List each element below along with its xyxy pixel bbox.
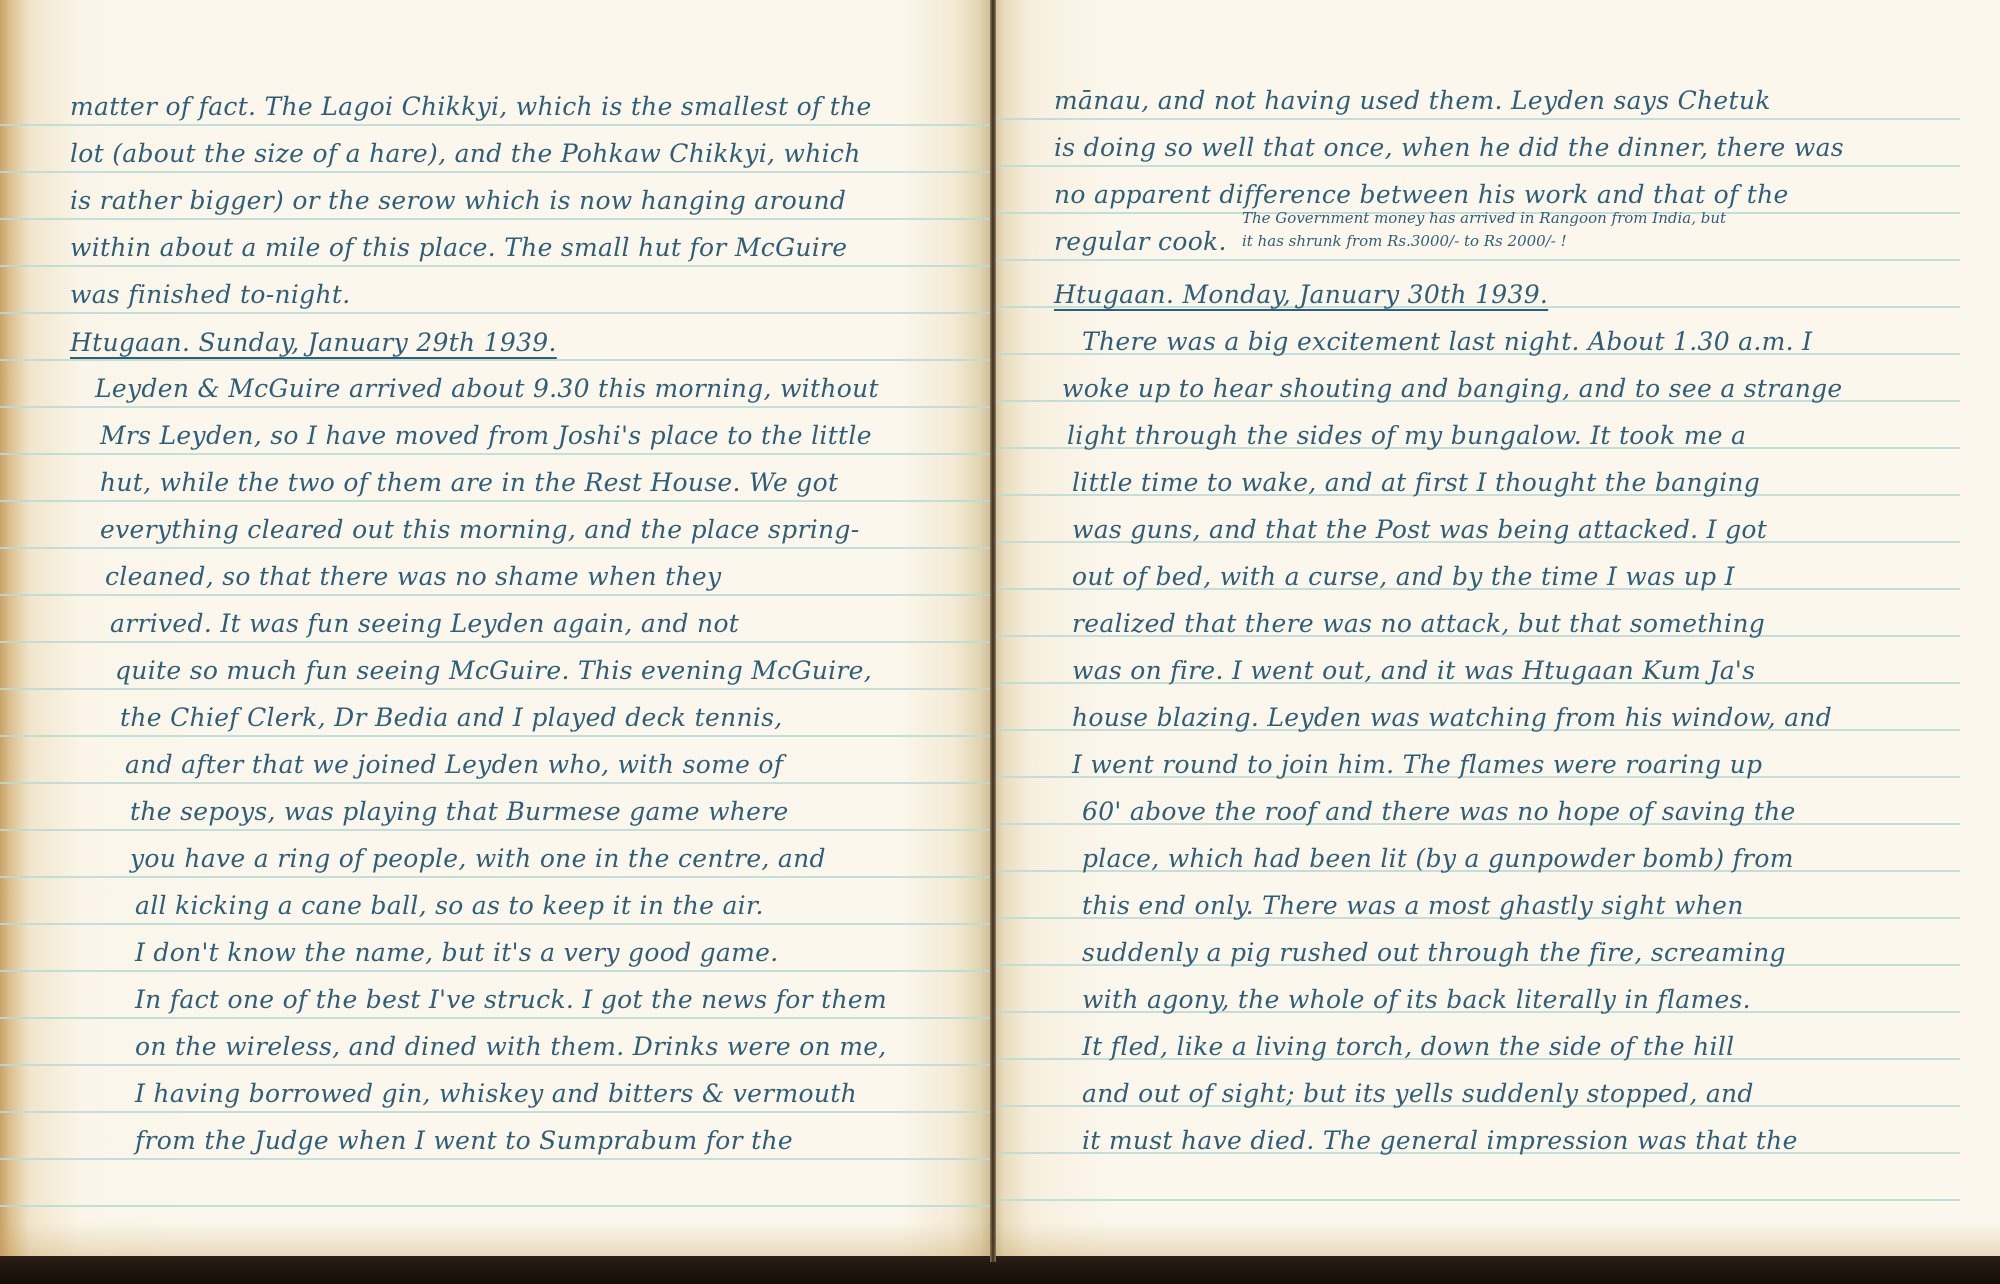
text-line: was on fire. I went out, and it was Htug… xyxy=(1072,656,1755,685)
text-line: the sepoys, was playing that Burmese gam… xyxy=(130,797,789,826)
text-line: within about a mile of this place. The s… xyxy=(70,233,847,262)
text-line: mānau, and not having used them. Leyden … xyxy=(1054,86,1771,115)
text-line: arrived. It was fun seeing Leyden again,… xyxy=(110,609,739,638)
text-line: quite so much fun seeing McGuire. This e… xyxy=(115,656,872,685)
text-line: is doing so well that once, when he did … xyxy=(1054,133,1844,162)
text-line: is rather bigger) or the serow which is … xyxy=(70,186,846,215)
right-page: mānau, and not having used them. Leyden … xyxy=(992,0,2000,1262)
entry-heading: Htugaan. Sunday, January 29th 1939. xyxy=(70,328,557,357)
table-surface xyxy=(0,1256,2000,1284)
text-line: realized that there was no attack, but t… xyxy=(1072,609,1765,638)
text-line: Leyden & McGuire arrived about 9.30 this… xyxy=(95,374,879,403)
text-line: hut, while the two of them are in the Re… xyxy=(100,468,838,497)
text-line: and out of sight; but its yells suddenly… xyxy=(1082,1079,1754,1108)
text-line: It fled, like a living torch, down the s… xyxy=(1082,1032,1734,1061)
text-line: was finished to-night. xyxy=(70,280,350,309)
text-line: with agony, the whole of its back litera… xyxy=(1082,985,1751,1014)
open-notebook: matter of fact. The Lagoi Chikkyi, which… xyxy=(0,0,2000,1262)
text-line: suddenly a pig rushed out through the fi… xyxy=(1082,938,1786,967)
text-line: woke up to hear shouting and banging, an… xyxy=(1062,374,1843,403)
text-line: regular cook. xyxy=(1054,227,1227,256)
text-line: everything cleared out this morning, and… xyxy=(100,515,859,544)
text-line: from the Judge when I went to Sumprabum … xyxy=(135,1126,793,1155)
text-line: on the wireless, and dined with them. Dr… xyxy=(135,1032,887,1061)
text-line: you have a ring of people, with one in t… xyxy=(130,844,826,873)
text-line: place, which had been lit (by a gunpowde… xyxy=(1082,844,1794,873)
text-line: There was a big excitement last night. A… xyxy=(1082,327,1812,356)
text-line: no apparent difference between his work … xyxy=(1054,180,1789,209)
text-line: 60' above the roof and there was no hope… xyxy=(1082,797,1796,826)
text-line: the Chief Clerk, Dr Bedia and I played d… xyxy=(120,703,783,732)
text-line: Mrs Leyden, so I have moved from Joshi's… xyxy=(100,421,872,450)
entry-heading: Htugaan. Monday, January 30th 1939. xyxy=(1054,280,1548,309)
text-line: house blazing. Leyden was watching from … xyxy=(1072,703,1832,732)
text-line: out of bed, with a curse, and by the tim… xyxy=(1072,562,1735,591)
text-line: this end only. There was a most ghastly … xyxy=(1082,891,1744,920)
text-line: was guns, and that the Post was being at… xyxy=(1072,515,1767,544)
margin-insertion-note: it has shrunk from Rs.3000/- to Rs 2000/… xyxy=(1242,232,1567,250)
left-page: matter of fact. The Lagoi Chikkyi, which… xyxy=(0,0,992,1262)
text-line: little time to wake, and at first I thou… xyxy=(1072,468,1760,497)
text-line: all kicking a cane ball, so as to keep i… xyxy=(135,891,764,920)
book-spine-gutter xyxy=(990,0,996,1262)
text-line: cleaned, so that there was no shame when… xyxy=(105,562,721,591)
text-line: In fact one of the best I've struck. I g… xyxy=(135,985,887,1014)
text-line: I went round to join him. The flames wer… xyxy=(1072,750,1762,779)
text-line: light through the sides of my bungalow. … xyxy=(1067,421,1746,450)
text-line: I having borrowed gin, whiskey and bitte… xyxy=(135,1079,857,1108)
text-line: I don't know the name, but it's a very g… xyxy=(135,938,778,967)
margin-insertion-note: The Government money has arrived in Rang… xyxy=(1242,209,1726,227)
text-line: lot (about the size of a hare), and the … xyxy=(70,139,861,168)
text-line: and after that we joined Leyden who, wit… xyxy=(125,750,783,779)
text-line: it must have died. The general impressio… xyxy=(1082,1126,1798,1155)
text-line: matter of fact. The Lagoi Chikkyi, which… xyxy=(70,92,872,121)
